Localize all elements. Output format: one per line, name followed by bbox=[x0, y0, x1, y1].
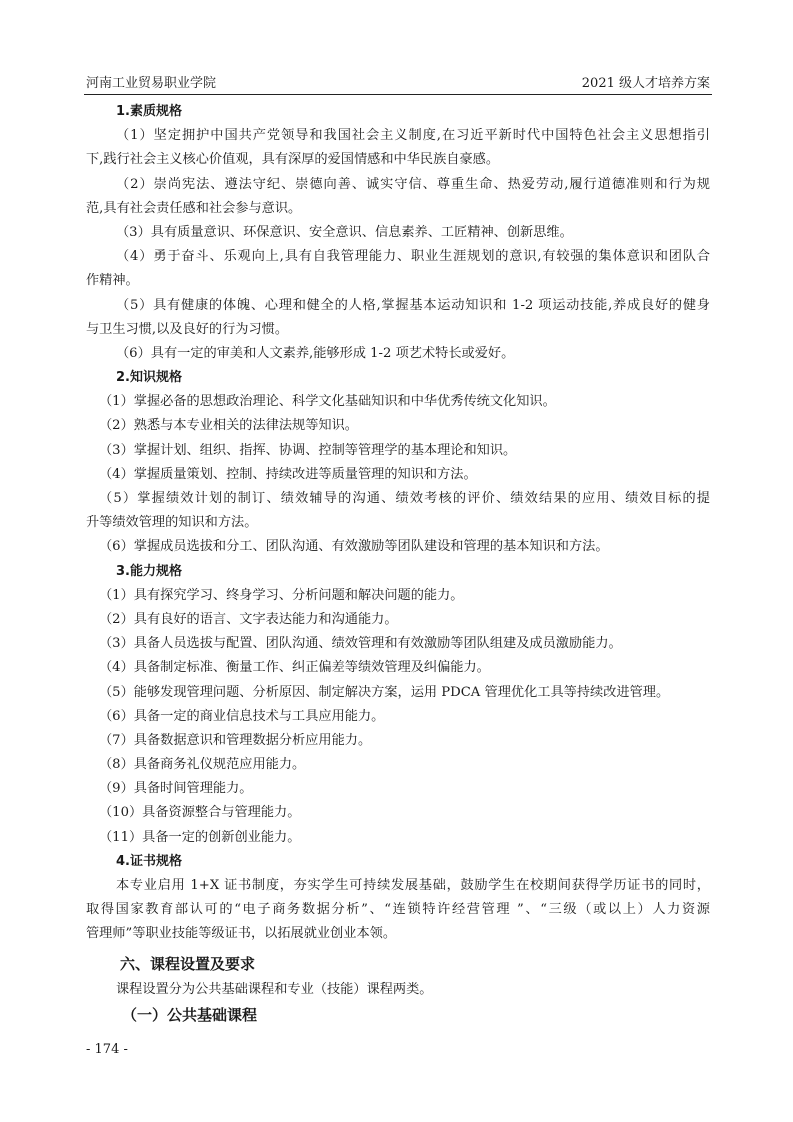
list-item: （2）具有良好的语言、文字表达能力和沟通能力。 bbox=[86, 608, 710, 632]
list-item-cont: 范,具有社会责任感和社会参与意识。 bbox=[86, 197, 710, 221]
header-institution: 河南工业贸易职业学院 bbox=[86, 75, 216, 93]
list-item-cont: 升等绩效管理的知识和方法。 bbox=[86, 511, 710, 535]
page-header: 河南工业贸易职业学院 2021 级人才培养方案 bbox=[86, 75, 710, 93]
list-item: （1）坚定拥护中国共产党领导和我国社会主义制度,在习近平新时代中国特色社会主义思… bbox=[86, 124, 710, 148]
list-item: （6）具备一定的商业信息技术与工具应用能力。 bbox=[86, 705, 710, 729]
list-item: （5）具有健康的体魄、心理和健全的人格,掌握基本运动知识和 1-2 项运动技能,… bbox=[86, 294, 710, 318]
list-item: （6）掌握成员选拔和分工、团队沟通、有效激励等团队建设和管理的基本知识和方法。 bbox=[86, 535, 710, 559]
list-item: （5）能够发现管理问题、分析原因、制定解决方案，运用 PDCA 管理优化工具等持… bbox=[86, 681, 710, 705]
page-body: 1.素质规格 （1）坚定拥护中国共产党领导和我国社会主义制度,在习近平新时代中国… bbox=[86, 100, 710, 1028]
list-item: （3）具备人员选拔与配置、团队沟通、绩效管理和有效激励等团队组建及成员激励能力。 bbox=[86, 632, 710, 656]
list-item: （2）崇尚宪法、遵法守纪、崇德向善、诚实守信、尊重生命、热爱劳动,履行道德准则和… bbox=[86, 173, 710, 197]
paragraph-line: 本专业启用 1+X 证书制度，夯实学生可持续发展基础，鼓励学生在校期间获得学历证… bbox=[86, 874, 710, 898]
page-number: - 174 - bbox=[86, 1042, 128, 1057]
paragraph-line: 管理师”等职业技能等级证书，以拓展就业创业本领。 bbox=[86, 922, 710, 946]
header-divider bbox=[84, 94, 712, 95]
list-item: （4）掌握质量策划、控制、持续改进等质量管理的知识和方法。 bbox=[86, 463, 710, 487]
section-title-ability: 3.能力规格 bbox=[86, 560, 710, 584]
list-item: （9）具备时间管理能力。 bbox=[86, 777, 710, 801]
section-title-certificate: 4.证书规格 bbox=[86, 850, 710, 874]
list-item-cont: 下,践行社会主义核心价值观，具有深厚的爱国情感和中华民族自豪感。 bbox=[86, 148, 710, 172]
list-item: （2）熟悉与本专业相关的法律法规等知识。 bbox=[86, 414, 710, 438]
list-item: （7）具备数据意识和管理数据分析应用能力。 bbox=[86, 729, 710, 753]
list-item: （6）具有一定的审美和人文素养,能够形成 1-2 项艺术特长或爱好。 bbox=[86, 342, 710, 366]
list-item: （3）具有质量意识、环保意识、安全意识、信息素养、工匠精神、创新思维。 bbox=[86, 221, 710, 245]
list-item: （8）具备商务礼仪规范应用能力。 bbox=[86, 753, 710, 777]
list-item-cont: 作精神。 bbox=[86, 269, 710, 293]
paragraph-line: 取得国家教育部认可的“电子商务数据分析”、“连锁特许经营管理 ”、“三级（或以上… bbox=[86, 898, 710, 922]
subsection-title-public-courses: （一）公共基础课程 bbox=[86, 1002, 710, 1028]
list-item: （4）勇于奋斗、乐观向上,具有自我管理能力、职业生涯规划的意识,有较强的集体意识… bbox=[86, 245, 710, 269]
list-item: （1）掌握必备的思想政治理论、科学文化基础知识和中华优秀传统文化知识。 bbox=[86, 390, 710, 414]
section-title-quality: 1.素质规格 bbox=[86, 100, 710, 124]
list-item: （4）具备制定标准、衡量工作、纠正偏差等绩效管理及纠偏能力。 bbox=[86, 656, 710, 680]
list-item: （3）掌握计划、组织、指挥、协调、控制等管理学的基本理论和知识。 bbox=[86, 439, 710, 463]
section-title-knowledge: 2.知识规格 bbox=[86, 366, 710, 390]
list-item: （11）具备一定的创新创业能力。 bbox=[86, 826, 710, 850]
list-item: （5）掌握绩效计划的制订、绩效辅导的沟通、绩效考核的评价、绩效结果的应用、绩效目… bbox=[86, 487, 710, 511]
list-item: （1）具有探究学习、终身学习、分析问题和解决问题的能力。 bbox=[86, 584, 710, 608]
curriculum-intro: 课程设置分为公共基础课程和专业（技能）课程两类。 bbox=[86, 978, 710, 1002]
header-document-title: 2021 级人才培养方案 bbox=[582, 75, 710, 93]
list-item-cont: 与卫生习惯,以及良好的行为习惯。 bbox=[86, 318, 710, 342]
chapter-title-curriculum: 六、课程设置及要求 bbox=[86, 951, 710, 978]
list-item: （10）具备资源整合与管理能力。 bbox=[86, 801, 710, 825]
